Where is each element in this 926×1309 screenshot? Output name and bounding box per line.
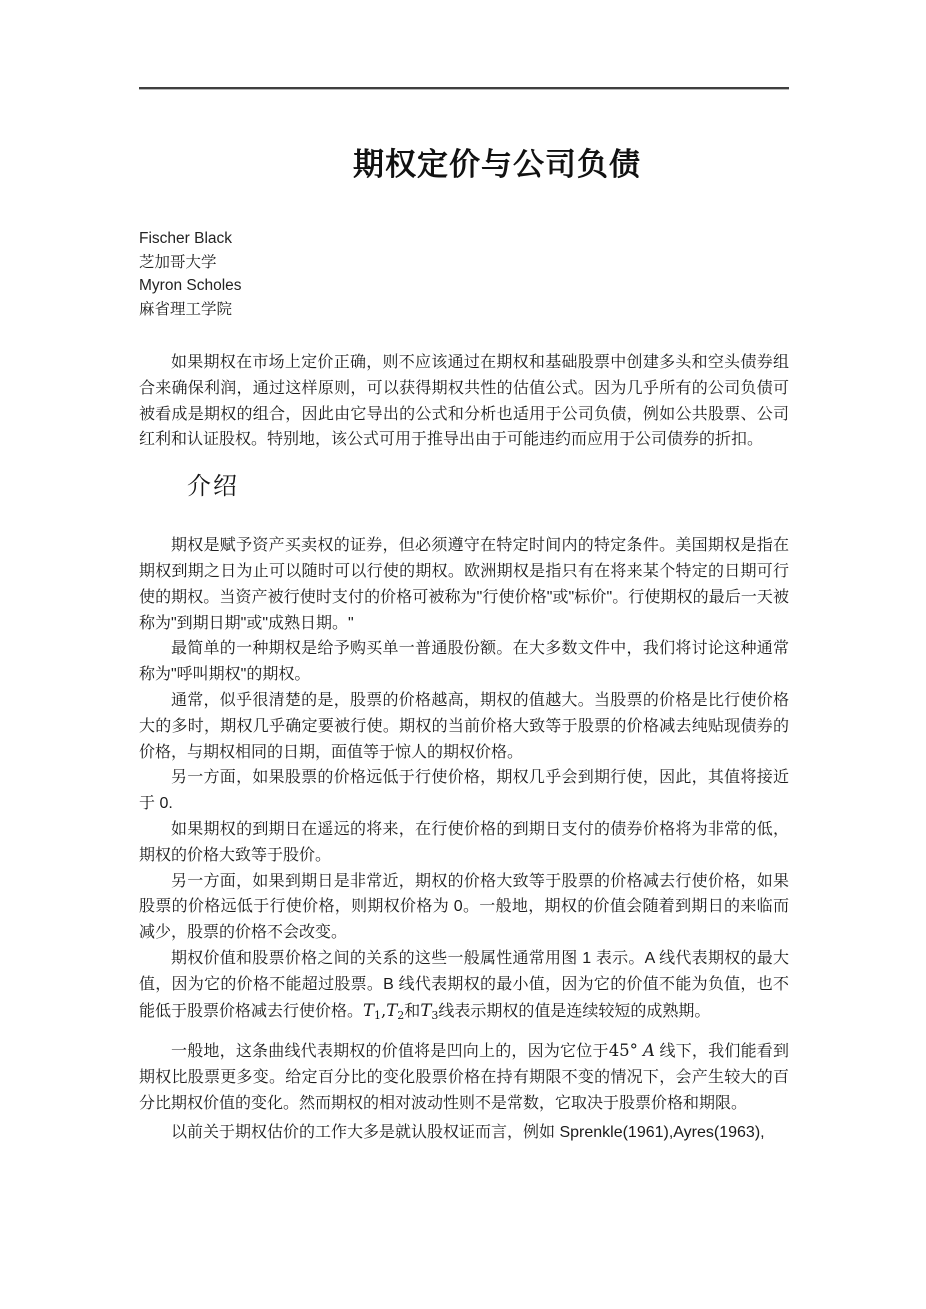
document-title: 期权定价与公司负债: [139, 147, 789, 183]
section-heading-introduction: 介绍: [187, 473, 789, 500]
document-page: 期权定价与公司负债 Fischer Black 芝加哥大学 Myron Scho…: [0, 0, 926, 1309]
paragraph-option-definition: 期权是赋予资产买卖权的证券，但必须遵守在特定时间内的特定条件。美国期权是指在期权…: [139, 533, 789, 636]
author-name: Fischer Black: [139, 227, 789, 251]
paragraph-prior-work: 以前关于期权估价的工作大多是就认股权证而言，例如 Sprenkle(1961),…: [139, 1120, 789, 1146]
author-block: Fischer Black 芝加哥大学 Myron Scholes 麻省理工学院: [139, 227, 789, 321]
math-45-degree: 45°A: [609, 1041, 655, 1060]
paragraph-text: 一般地，这条曲线代表期权的价值将是凹向上的，因为它位于: [171, 1043, 609, 1060]
paragraph-far-maturity: 如果期权的到期日在遥远的将来，在行使价格的到期日支付的债券价格将为非常的低，期权…: [139, 817, 789, 869]
paragraph-text: 线表示期权的值是连续较短的成熟期。: [438, 1003, 710, 1020]
author-name: Myron Scholes: [139, 274, 789, 298]
author-affiliation: 芝加哥大学: [139, 251, 789, 275]
math-term-T3: T3: [420, 1001, 438, 1020]
paragraph-convexity: 一般地，这条曲线代表期权的价值将是凹向上的，因为它位于45°A 线下，我们能看到…: [139, 1038, 789, 1116]
document-content: 期权定价与公司负债 Fischer Black 芝加哥大学 Myron Scho…: [0, 87, 926, 1146]
header-rule: [139, 87, 789, 90]
math-term-T1: T1,T2: [363, 1001, 404, 1020]
paragraph-price-relation: 通常，似乎很清楚的是，股票的价格越高，期权的值越大。当股票的价格是比行使价格大的…: [139, 688, 789, 765]
paragraph-figure1: 期权价值和股票价格之间的关系的这些一般属性通常用图 1 表示。A 线代表期权的最…: [139, 946, 789, 1024]
math-symbol: T: [386, 1001, 397, 1020]
math-line-label-A: A: [643, 1041, 655, 1060]
math-symbol: T: [363, 1001, 374, 1020]
paragraph-call-option: 最简单的一种期权是给予购买单一普通股份额。在大多数文件中，我们将讨论这种通常称为…: [139, 636, 789, 688]
abstract-paragraph: 如果期权在市场上定价正确，则不应该通过在期权和基础股票中创建多头和空头债券组合来…: [139, 350, 789, 453]
author-affiliation: 麻省理工学院: [139, 298, 789, 322]
paragraph-low-stock-price: 另一方面，如果股票的价格远低于行使价格，期权几乎会到期行使，因此，其值将接近于 …: [139, 765, 789, 817]
math-subscript: 1: [374, 1009, 381, 1022]
math-angle: 45°: [609, 1041, 638, 1060]
paragraph-text: 和: [404, 1003, 420, 1020]
math-symbol: T: [420, 1001, 431, 1020]
paragraph-near-maturity: 另一方面，如果到期日是非常近，期权的价格大致等于股票的价格减去行使价格，如果股票…: [139, 869, 789, 946]
